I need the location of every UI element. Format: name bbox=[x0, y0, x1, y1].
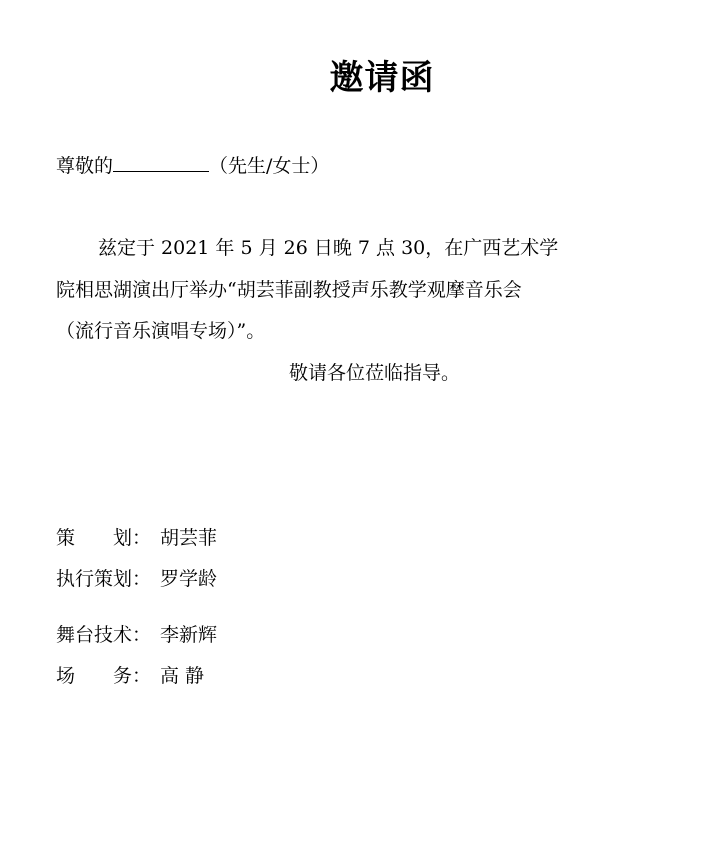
salutation: 尊敬的（先生/女士） bbox=[56, 153, 329, 178]
credit-label: 场 务： bbox=[56, 664, 160, 688]
closing-line: 敬请各位莅临指导。 bbox=[289, 361, 460, 385]
credit-planner: 策 划：胡芸菲 bbox=[56, 526, 217, 550]
credit-value: 高 静 bbox=[160, 665, 204, 687]
credit-field-staff: 场 务：高 静 bbox=[56, 664, 204, 688]
body-line-1: 兹定于 2021 年 5 月 26 日晚 7 点 30，在广西艺术学 bbox=[98, 236, 558, 260]
salutation-suffix: （先生/女士） bbox=[209, 155, 329, 177]
salutation-prefix: 尊敬的 bbox=[56, 155, 113, 177]
body-line-3: （流行音乐演唱专场）”。 bbox=[56, 319, 265, 343]
page-title: 邀请函 bbox=[0, 50, 712, 99]
credit-label: 策 划： bbox=[56, 526, 160, 550]
body-line-2: 院相思湖演出厅举办“胡芸菲副教授声乐教学观摩音乐会 bbox=[56, 278, 522, 302]
credit-value: 胡芸菲 bbox=[160, 527, 217, 549]
credit-stage-tech: 舞台技术：李新辉 bbox=[56, 623, 217, 647]
credit-label: 执行策划： bbox=[56, 567, 160, 591]
credit-value: 李新辉 bbox=[160, 624, 217, 646]
credit-value: 罗学龄 bbox=[160, 568, 217, 590]
name-blank bbox=[113, 153, 209, 172]
credit-executive-planner: 执行策划：罗学龄 bbox=[56, 567, 217, 591]
credit-label: 舞台技术： bbox=[56, 623, 160, 647]
